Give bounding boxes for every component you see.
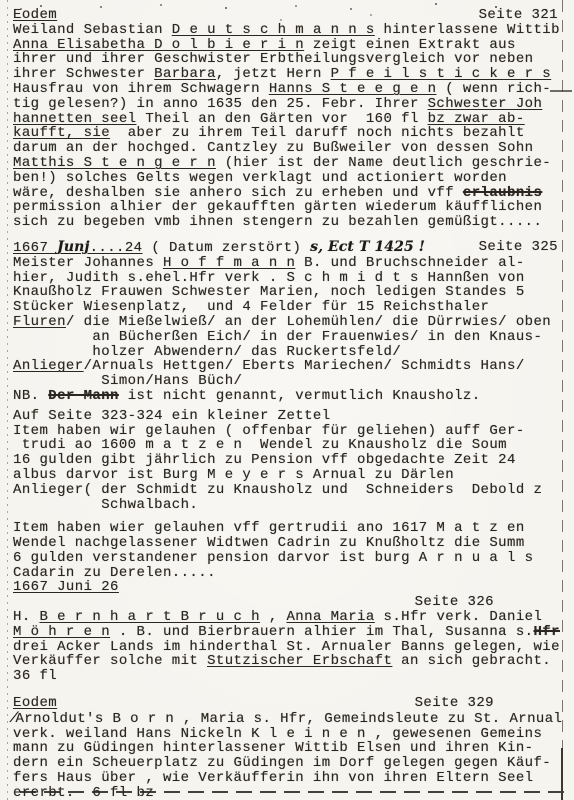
typed-text: Wendel nachgelassener Widtwen Cadrin zu … (13, 535, 525, 551)
typed-text: dern ein Scheuerplatz zu Güdingen im Dor… (13, 755, 551, 771)
typed-text: Stutzischer Erbschaft (207, 653, 392, 669)
typed-text: Weiland Sebastian (13, 22, 172, 38)
typed-text: Schwester Joh (428, 96, 543, 112)
text-line: ihrer Schwester Barbara, jetzt Hern P f … (13, 67, 574, 82)
typed-text: Schwalbach. (13, 497, 198, 513)
text-line: Meister Johannes H o f f m a n n B. und … (13, 256, 574, 271)
text-line: Schwalbach. (13, 498, 574, 513)
typed-text: trudi ao 1600 m a t z e n Wendel zu Knau… (13, 437, 507, 453)
typed-text: an Bücherßen Eich/ in der Frauenwies/ in… (13, 329, 542, 345)
typed-text: P f e i l s t i c k e r s (331, 66, 552, 82)
typed-text: 1667 (13, 240, 57, 256)
typed-text: Hanns S t e e g e n (269, 81, 437, 97)
text-line: NB. Der Mann ist nicht genannt, vermutli… (13, 389, 574, 404)
typed-text: s.Hfr verk. Daniel (375, 609, 543, 625)
typed-text: Auf Seite 323-324 ein kleiner Zettel (13, 408, 331, 424)
text-line: Verkäuffer solche mit Stutzischer Erbsch… (13, 654, 574, 669)
text-line: ihrer und ihrer Geschwister Erbtheilungs… (13, 52, 574, 67)
typed-text: NB. (13, 388, 48, 404)
typed-text: , jetzt Hern (216, 66, 331, 82)
text-line: 6 gulden verstandener pension darvor ist… (13, 551, 574, 566)
typed-text: sich zu begeben vmb ihnen stengern zu be… (13, 214, 542, 230)
text-line: tig gelesen?) in anno 1635 den 25. Febr.… (13, 97, 574, 112)
typed-text: 6 gulden verstandener pension darvor ist… (13, 550, 533, 566)
text-line: Auf Seite 323-324 ein kleiner Zettel (13, 409, 574, 424)
typed-text: . B. und Bierbrauern alhier im Thal, Sus… (110, 624, 533, 640)
text-line: an Bücherßen Eich/ in der Frauenwies/ in… (13, 330, 574, 345)
typed-text: tig gelesen?) in anno 1635 den 25. Febr.… (13, 96, 428, 112)
text-line: kaufft, sie aber zu ihrem Teil daruff no… (13, 126, 574, 141)
typed-text: M ö h r e n (13, 624, 110, 640)
typed-text: B. und Bruchschneider al- (295, 255, 524, 271)
typed-text: / die Mießelwieß/ an der Lohemühlen/ die… (66, 314, 551, 330)
scanned-page: EodemSeite 321Weiland Sebastian D e u t … (0, 0, 574, 800)
typed-text: darum an der hochged. Cantzley zu Bußwei… (13, 140, 533, 156)
text-line: ben!) solches Gelts wegen verklagt und a… (13, 171, 574, 186)
typed-text: Simon/Hans Büch/ (13, 373, 242, 389)
text-line: 36 fl (13, 669, 574, 684)
typed-text: Eodem (13, 695, 57, 711)
typed-text: Matthis S t e n g e r n (13, 155, 216, 171)
text-line: 1667 Junj....24 ( Datum zerstört) s, Ect… (13, 240, 574, 256)
text-line: fers Haus über , wie Verkäufferin ihn vo… (13, 771, 574, 786)
text-line: M ö h r e n . B. und Bierbrauern alhier … (13, 625, 574, 640)
text-line: sich zu begeben vmb ihnen stengern zu be… (13, 215, 574, 230)
typed-text: ihrer und ihrer Geschwister Erbtheilungs… (13, 51, 533, 67)
typed-text: Knaußholz Frauwen Schwester Marien, noch… (13, 284, 525, 300)
typed-text: Stücker Wiesenplatz, und 4 Felder für 15… (13, 299, 489, 315)
text-line: darum an der hochged. Cantzley zu Bußwei… (13, 141, 574, 156)
handwritten-annotation: Junj (57, 239, 89, 255)
typed-text: (hier ist der Name deutlich geschrie- (216, 155, 551, 171)
text-line: Anlieger( der Schmidt zu Knausholz und S… (13, 483, 574, 498)
handwritten-annotation: s, Ect T 1425 ! (310, 239, 425, 255)
text-line: ⁄Arnoldut's B o r n , Maria s. Hfr, Geme… (13, 711, 574, 727)
typed-text: H o f f m a n n (163, 255, 295, 271)
typed-text: B e r n h a r t B r u c h (39, 609, 260, 625)
text-line: Stücker Wiesenplatz, und 4 Felder für 15… (13, 300, 574, 315)
typed-text: hinterlassene Wittib (375, 22, 560, 38)
page-reference: Seite 326 (415, 595, 494, 610)
typed-text: albus darvor ist Burg M e y e r s Arnual… (13, 467, 454, 483)
typed-text: an sich gebracht. (392, 653, 551, 669)
text-line: 16 gulden gibt jährlich zu Pension vff o… (13, 453, 574, 468)
typed-text: Fluren (13, 314, 66, 330)
typed-text: Hfr (533, 624, 559, 640)
text-line: albus darvor ist Burg M e y e r s Arnual… (13, 468, 574, 483)
typed-text: D e u t s c h m a n n s (172, 22, 375, 38)
text-line: Hausfrau von ihrem Schwagern Hanns S t e… (13, 82, 574, 97)
typed-text: 1667 Juni 26 (13, 579, 119, 595)
text-line: Anlieger/Arnuals Hettgen/ Eberts Mariech… (13, 359, 574, 374)
typed-text: Barbara (154, 66, 216, 82)
text-line: permission alhier der gekaufften gärten … (13, 200, 574, 215)
typed-text: ihrer Schwester (13, 66, 154, 82)
document-text: EodemSeite 321Weiland Sebastian D e u t … (13, 8, 574, 800)
typed-text: ( Datum zerstört) (143, 240, 311, 256)
text-line: Knaußholz Frauwen Schwester Marien, noch… (13, 285, 574, 300)
typed-text: Item haben wier gelauhen vff gertrudii a… (13, 520, 525, 536)
page-reference: Seite 329 (415, 696, 494, 711)
typed-text: ( wenn rich- (436, 81, 551, 97)
typed-text: /Arnuals Hettgen/ Eberts Mariechen/ Schm… (84, 358, 525, 374)
text-line: EodemSeite 321 (13, 8, 574, 23)
typed-text: ererbt. 6 fl bz (13, 785, 154, 800)
text-line: Simon/Hans Büch/ (13, 374, 574, 389)
typed-text: ist nicht genannt, vermutlich Knausholz. (119, 388, 481, 404)
page-reference: Seite 321 (479, 8, 558, 23)
text-line: Seite 326 (13, 595, 574, 610)
typed-text: Meister Johannes (13, 255, 163, 271)
typed-text: Anlieger( der Schmidt zu Knausholz und S… (13, 482, 542, 498)
typed-text: permission alhier der gekaufften gärten … (13, 199, 542, 215)
typed-text: Der Mann (48, 388, 119, 404)
typed-text: Anlieger (13, 358, 84, 374)
text-line: Matthis S t e n g e r n (hier ist der Na… (13, 156, 574, 171)
typed-text: Arnoldut's B o r n , Maria s. Hfr, Gemei… (15, 711, 562, 727)
typed-text: fers Haus über , wie Verkäufferin ihn vo… (13, 770, 533, 786)
typed-text: ....24 (90, 240, 143, 256)
page-edge-left (7, 0, 8, 800)
typed-text: Hausfrau von ihrem Schwagern (13, 81, 269, 97)
typed-text: Eodem (13, 7, 57, 23)
page-reference: Seite 325 (479, 240, 558, 255)
text-line: H. B e r n h a r t B r u c h , Anna Mari… (13, 610, 574, 625)
text-line: Weiland Sebastian D e u t s c h m a n n … (13, 23, 574, 38)
text-line: dern ein Scheuerplatz zu Güdingen im Dor… (13, 756, 574, 771)
typed-text: kaufft, sie (13, 125, 110, 141)
typed-text: H. (13, 609, 39, 625)
text-line: EodemSeite 329 (13, 696, 574, 711)
typed-text: Anna Maria (286, 609, 374, 625)
typed-text: 36 fl (13, 668, 57, 684)
text-line: Fluren/ die Mießelwieß/ an der Lohemühle… (13, 315, 574, 330)
text-line: trudi ao 1600 m a t z e n Wendel zu Knau… (13, 438, 574, 453)
text-line: ererbt. 6 fl bz (13, 786, 574, 800)
text-line: Wendel nachgelassener Widtwen Cadrin zu … (13, 536, 574, 551)
typed-text: 16 gulden gibt jährlich zu Pension vff o… (13, 452, 516, 468)
typed-text: ben!) solches Gelts wegen verklagt und a… (13, 170, 507, 186)
typed-text: aber zu ihrem Teil daruff noch nichts be… (110, 125, 525, 141)
typed-text: , (260, 609, 286, 625)
text-line: Item haben wier gelauhen vff gertrudii a… (13, 521, 574, 536)
